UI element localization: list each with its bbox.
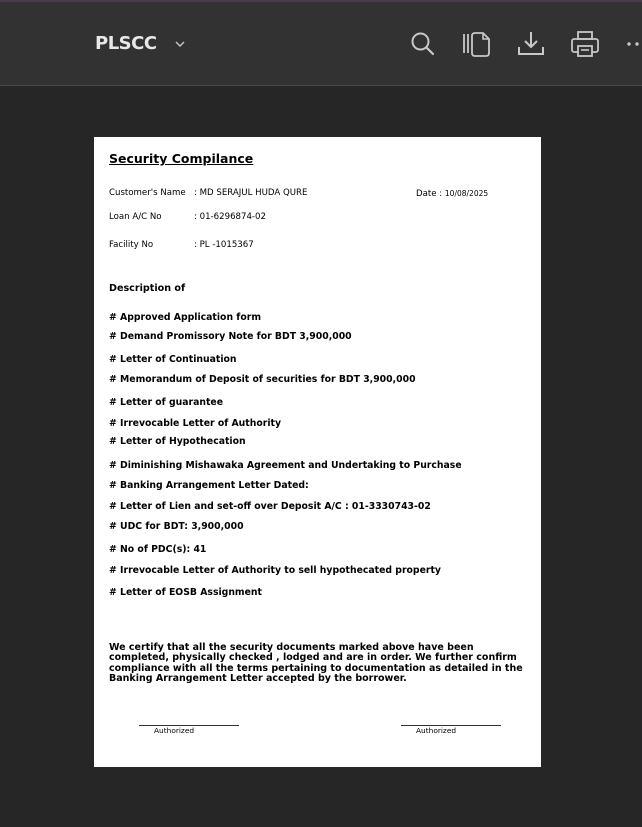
- signature-label-left: Authorized: [154, 726, 194, 735]
- search-icon[interactable]: [408, 29, 438, 59]
- loan-account-label: Loan A/C No: [109, 212, 162, 222]
- document-item: # No of PDC(s): 41: [109, 544, 206, 555]
- document-item: # Letter of Continuation: [109, 354, 237, 365]
- facility-no-label: Facility No: [109, 240, 153, 250]
- document-item: # Diminishing Mishawaka Agreement and Un…: [109, 460, 462, 471]
- description-heading: Description of: [109, 283, 185, 294]
- loan-account-value: : 01-6296874-02: [194, 212, 266, 222]
- pdf-page: Security Compilance Customer's Name : MD…: [94, 137, 541, 767]
- customer-name-value: : MD SERAJUL HUDA QURE: [194, 188, 307, 198]
- date-label: Date :: [416, 189, 445, 199]
- customer-name-label: Customer's Name: [109, 188, 186, 198]
- download-icon[interactable]: [516, 29, 546, 59]
- signature-label-right: Authorized: [416, 726, 456, 735]
- document-title: PLSCC: [95, 33, 157, 54]
- document-item: # Demand Promissory Note for BDT 3,900,0…: [109, 331, 352, 342]
- document-item: # Approved Application form: [109, 312, 261, 323]
- document-heading: Security Compilance: [109, 151, 253, 166]
- print-icon[interactable]: [570, 29, 600, 59]
- date-field: Date : 10/08/2025: [416, 189, 488, 199]
- facility-no-value: : PL -1015367: [194, 240, 254, 250]
- document-item: # Letter of Hypothecation: [109, 436, 246, 447]
- document-item: # Banking Arrangement Letter Dated:: [109, 480, 309, 491]
- document-item: # Letter of guarantee: [109, 397, 223, 408]
- document-item: # UDC for BDT: 3,900,000: [109, 521, 244, 532]
- document-item: # Irrevocable Letter of Authority to sel…: [109, 565, 441, 576]
- more-icon[interactable]: [624, 29, 642, 59]
- chevron-down-icon[interactable]: [173, 36, 187, 50]
- document-item: # Letter of Lien and set-off over Deposi…: [109, 501, 431, 512]
- document-item: # Letter of EOSB Assignment: [109, 587, 262, 598]
- document-item: # Memorandum of Deposit of securities fo…: [109, 374, 416, 385]
- date-value: 10/08/2025: [445, 189, 488, 198]
- document-item: # Irrevocable Letter of Authority: [109, 418, 281, 429]
- pdf-viewer-toolbar: PLSCC: [0, 2, 642, 86]
- certification-statement: We certify that all the security documen…: [109, 643, 529, 685]
- page-thumbnails-icon[interactable]: [462, 29, 492, 59]
